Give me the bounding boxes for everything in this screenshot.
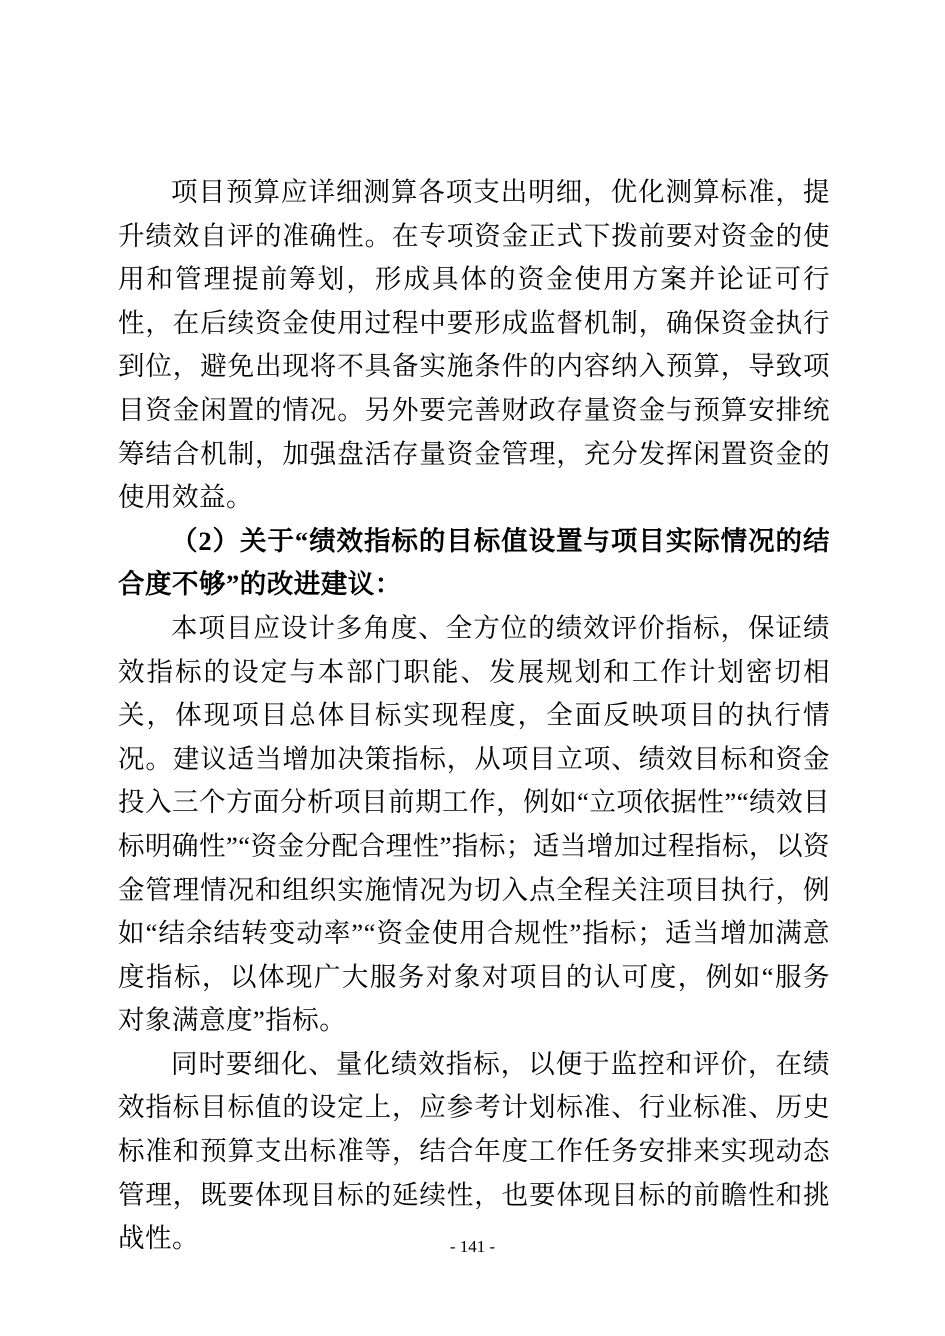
document-body: 项目预算应详细测算各项支出明细，优化测算标准，提升绩效自评的准确性。在专项资金正… (118, 171, 830, 1261)
paragraph-budget-measurement: 项目预算应详细测算各项支出明细，优化测算标准，提升绩效自评的准确性。在专项资金正… (118, 171, 830, 520)
paragraph-indicator-quantification: 同时要细化、量化绩效指标，以便于监控和评价，在绩效指标目标值的设定上，应参考计划… (118, 1043, 830, 1261)
heading-improvement-suggestion-2: （2）关于“绩效指标的目标值设置与项目实际情况的结合度不够”的改进建议： (118, 520, 830, 607)
page-number: - 141 - (0, 1236, 945, 1258)
paragraph-performance-indicator-design: 本项目应设计多角度、全方位的绩效评价指标，保证绩效指标的设定与本部门职能、发展规… (118, 607, 830, 1043)
document-page: 项目预算应详细测算各项支出明细，优化测算标准，提升绩效自评的准确性。在专项资金正… (0, 0, 945, 1336)
